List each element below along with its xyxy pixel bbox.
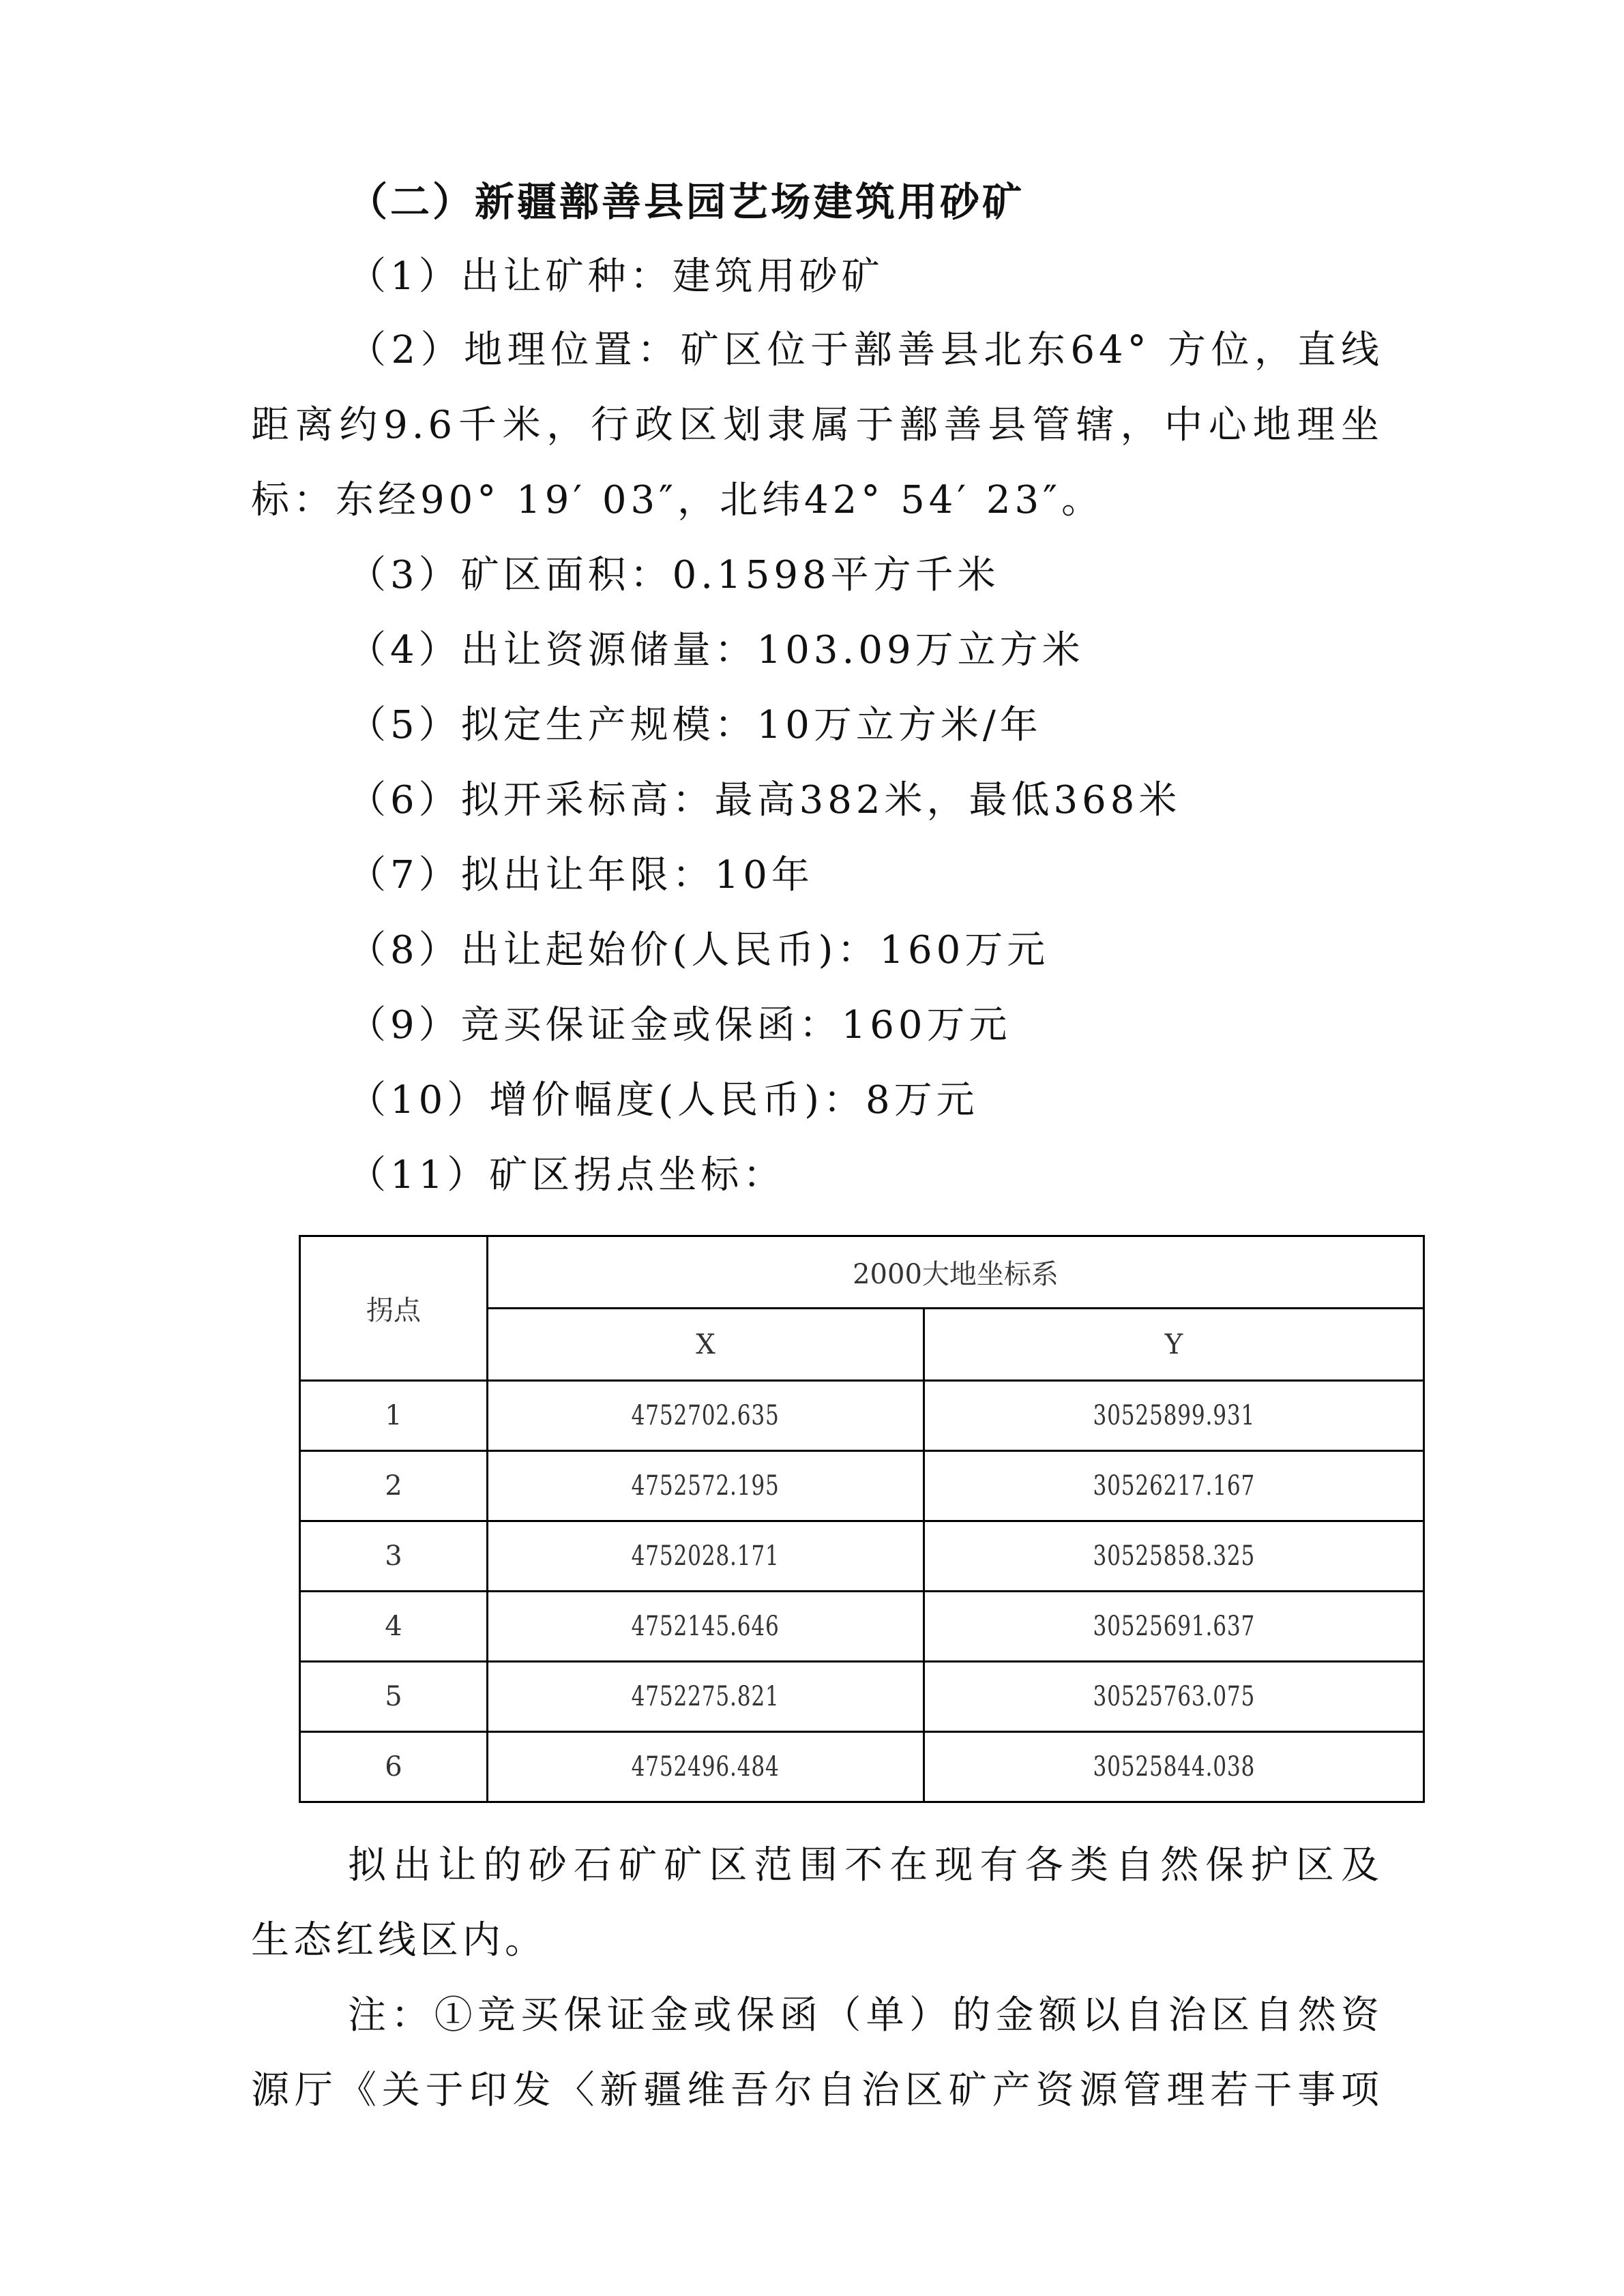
point-cell: 4 (300, 1592, 488, 1662)
header-x: X (488, 1309, 924, 1381)
item-location-line1: （2）地理位置：矿区位于鄯善县北东64° 方位，直线 (348, 326, 1383, 375)
protection-zone-statement-line1: 拟出让的砂石矿矿区范围不在现有各类自然保护区及 (348, 1841, 1383, 1890)
point-cell: 5 (300, 1662, 488, 1732)
table-row: 2 4752572.195 30526217.167 (300, 1451, 1424, 1521)
item-production-scale: （5）拟定生产规模：10万立方米/年 (348, 701, 1042, 750)
note-line2: 源厅《关于印发〈新疆维吾尔自治区矿产资源管理若干事项 (251, 2066, 1383, 2115)
table-row: 5 4752275.821 30525763.075 (300, 1662, 1424, 1732)
y-cell: 30525763.075 (924, 1662, 1424, 1732)
document-page: （二）新疆鄯善县园艺场建筑用砂矿 （1）出让矿种：建筑用砂矿 （2）地理位置：矿… (0, 0, 1624, 2296)
y-cell: 30526217.167 (924, 1451, 1424, 1521)
section-heading: （二）新疆鄯善县园艺场建筑用砂矿 (348, 177, 1024, 226)
note-line1: 注：①竞买保证金或保函（单）的金额以自治区自然资 (348, 1991, 1383, 2040)
header-coordinate-system: 2000大地坐标系 (488, 1236, 1424, 1309)
item-starting-price: （8）出让起始价(人民币)：160万元 (348, 926, 1049, 975)
item-term: （7）拟出让年限：10年 (348, 851, 814, 900)
item-coordinates-label: （11）矿区拐点坐标： (348, 1151, 785, 1200)
x-cell: 4752145.646 (488, 1592, 924, 1662)
y-cell: 30525899.931 (924, 1381, 1424, 1451)
x-cell: 4752496.484 (488, 1732, 924, 1802)
point-cell: 6 (300, 1732, 488, 1802)
item-reserves: （4）出让资源储量：103.09万立方米 (348, 626, 1084, 675)
item-area: （3）矿区面积：0.1598平方千米 (348, 551, 1000, 600)
item-location-line2: 距离约9.6千米，行政区划隶属于鄯善县管辖，中心地理坐 (251, 401, 1383, 450)
point-cell: 3 (300, 1521, 488, 1592)
protection-zone-statement-line2: 生态红线区内。 (251, 1916, 547, 1965)
table-row: 1 4752702.635 30525899.931 (300, 1381, 1424, 1451)
item-elevation: （6）拟开采标高：最高382米，最低368米 (348, 776, 1181, 825)
item-increment: （10）增价幅度(人民币)：8万元 (348, 1076, 979, 1125)
header-point: 拐点 (300, 1236, 488, 1381)
x-cell: 4752275.821 (488, 1662, 924, 1732)
table-row: 6 4752496.484 30525844.038 (300, 1732, 1424, 1802)
item-location-line3: 标：东经90° 19′ 03″，北纬42° 54′ 23″。 (251, 476, 1104, 525)
x-cell: 4752702.635 (488, 1381, 924, 1451)
header-y: Y (924, 1309, 1424, 1381)
table-row: 3 4752028.171 30525858.325 (300, 1521, 1424, 1592)
y-cell: 30525844.038 (924, 1732, 1424, 1802)
x-cell: 4752572.195 (488, 1451, 924, 1521)
item-deposit: （9）竞买保证金或保函：160万元 (348, 1001, 1012, 1050)
y-cell: 30525858.325 (924, 1521, 1424, 1592)
x-cell: 4752028.171 (488, 1521, 924, 1592)
point-cell: 2 (300, 1451, 488, 1521)
y-cell: 30525691.637 (924, 1592, 1424, 1662)
point-cell: 1 (300, 1381, 488, 1451)
coordinates-table: 拐点 2000大地坐标系 X Y 1 4752702.635 30525899.… (299, 1235, 1425, 1803)
item-mineral-type: （1）出让矿种：建筑用砂矿 (348, 252, 884, 301)
table-row: 4 4752145.646 30525691.637 (300, 1592, 1424, 1662)
